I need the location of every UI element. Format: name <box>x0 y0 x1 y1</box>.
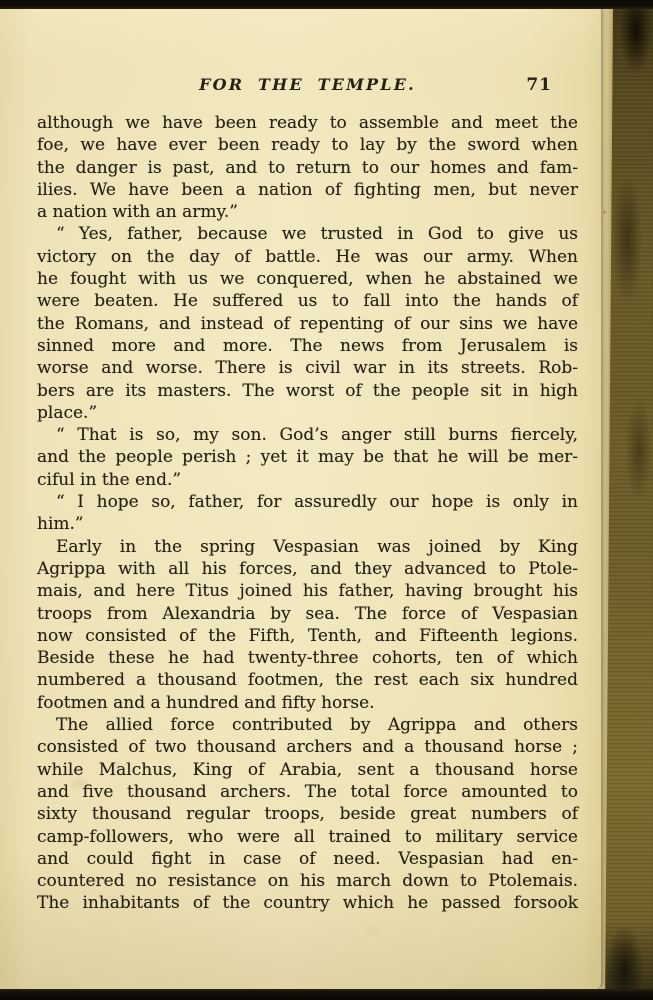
text-line: countered no resistance on his march dow… <box>37 870 578 892</box>
paragraph: Early in the spring Vespasian was joined… <box>37 536 578 714</box>
paragraph: The allied force contributed by Agrippa … <box>37 714 578 915</box>
text-line: Early in the spring Vespasian was joined… <box>37 536 578 558</box>
running-title: FOR THE TEMPLE. <box>199 75 416 94</box>
text-line: the danger is past, and to return to our… <box>37 157 578 179</box>
text-line: and could fight in case of need. Vespasi… <box>37 848 578 870</box>
book-page: FOR THE TEMPLE. 71 although we have been… <box>0 7 601 990</box>
text-line: although we have been ready to assemble … <box>37 112 578 134</box>
text-line: ilies. We have been a nation of fighting… <box>37 179 578 201</box>
text-line: worse and worse. There is civil war in i… <box>37 357 578 379</box>
text-line: consisted of two thousand archers and a … <box>37 736 578 758</box>
text-line: The inhabitants of the country which he … <box>37 892 578 914</box>
text-line: place.” <box>37 402 578 424</box>
text-line: while Malchus, King of Arabia, sent a th… <box>37 759 578 781</box>
scan-edge-bottom <box>0 989 653 1000</box>
text-line: sinned more and more. The news from Jeru… <box>37 335 578 357</box>
text-line: sixty thousand regular troops, beside gr… <box>37 803 578 825</box>
text-line: the Romans, and instead of repenting of … <box>37 313 578 335</box>
text-line: ciful in the end.” <box>37 469 578 491</box>
text-line: camp-followers, who were all trained to … <box>37 826 578 848</box>
text-line: mais, and here Titus joined his father, … <box>37 580 578 602</box>
text-line: a nation with an army.” <box>37 201 578 223</box>
text-line: footmen and a hundred and fifty horse. <box>37 692 578 714</box>
text-line: “ That is so, my son. God’s anger still … <box>37 424 578 446</box>
text-line: foe, we have ever been ready to lay by t… <box>37 134 578 156</box>
text-line: The allied force contributed by Agrippa … <box>37 714 578 736</box>
text-line: he fought with us we conquered, when he … <box>37 268 578 290</box>
text-line: Agrippa with all his forces, and they ad… <box>37 558 578 580</box>
page-number: 71 <box>526 75 552 95</box>
text-line: troops from Alexandria by sea. The force… <box>37 603 578 625</box>
page-body: although we have been ready to assemble … <box>37 112 578 915</box>
scanned-book-page: FOR THE TEMPLE. 71 although we have been… <box>0 0 653 1000</box>
text-line: and the people perish ; yet it may be th… <box>37 446 578 468</box>
text-line: numbered a thousand footmen, the rest ea… <box>37 669 578 691</box>
text-line: and five thousand archers. The total for… <box>37 781 578 803</box>
paragraph: “ I hope so, father, for assuredly our h… <box>37 491 578 536</box>
text-line: “ Yes, father, because we trusted in God… <box>37 223 578 245</box>
paragraph: although we have been ready to assemble … <box>37 112 578 223</box>
page-header: FOR THE TEMPLE. 71 <box>37 75 578 99</box>
text-line: bers are its masters. The worst of the p… <box>37 380 578 402</box>
text-line: Beside these he had twenty-three cohorts… <box>37 647 578 669</box>
scan-edge-top <box>0 0 653 9</box>
text-line: now consisted of the Fifth, Tenth, and F… <box>37 625 578 647</box>
text-line: victory on the day of battle. He was our… <box>37 246 578 268</box>
paragraph: “ Yes, father, because we trusted in God… <box>37 223 578 424</box>
text-line: were beaten. He suffered us to fall into… <box>37 290 578 312</box>
text-line: him.” <box>37 513 578 535</box>
paragraph: “ That is so, my son. God’s anger still … <box>37 424 578 491</box>
text-line: “ I hope so, father, for assuredly our h… <box>37 491 578 513</box>
